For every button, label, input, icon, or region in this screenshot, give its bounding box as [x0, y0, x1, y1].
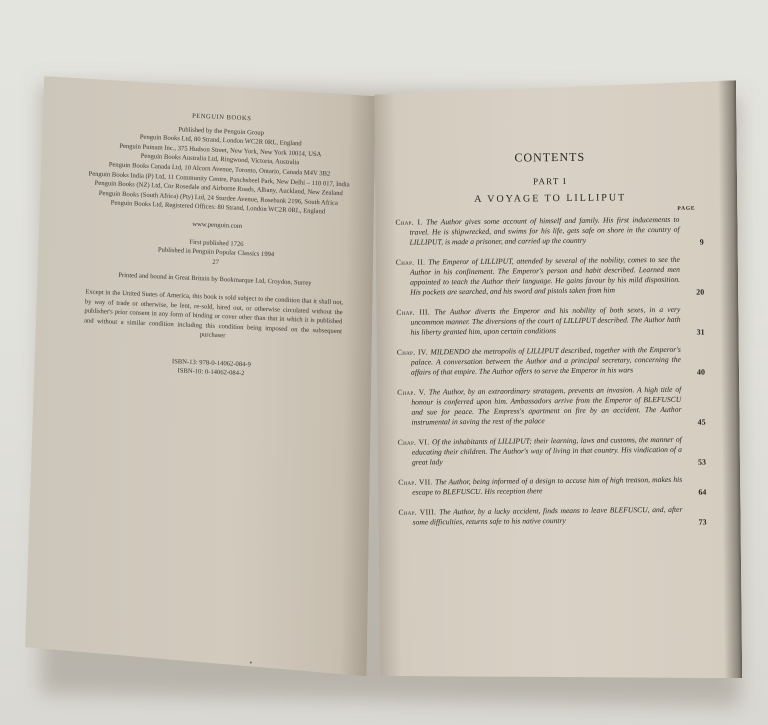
chapter-text: The Author diverts the Emperor and his n… — [410, 305, 680, 337]
copyright-block: PENGUIN BOOKS Published by the Penguin G… — [76, 107, 357, 382]
part-title: PART I — [395, 175, 705, 188]
chapter-label: Chap. VII. — [398, 477, 435, 486]
chapter-text: The Author, being informed of a design t… — [412, 475, 682, 497]
chapter-label: Chap. VIII. — [398, 507, 439, 516]
copyright-page: PENGUIN BOOKS Published by the Penguin G… — [25, 76, 376, 676]
chapter-text: The Emperor of LILLIPUT, attended by sev… — [410, 255, 680, 297]
website: www.penguin.com — [82, 215, 352, 236]
chapter-description: Chap. II. The Emperor of LILLIPUT, atten… — [396, 255, 680, 298]
chapter-page-number: 73 — [699, 518, 707, 527]
chapter-page-number: 40 — [697, 368, 705, 377]
chapter-page-number: 64 — [698, 488, 706, 497]
chapter-description: Chap. VII. The Author, being informed of… — [398, 475, 682, 498]
chapter-text: MILDENDO the metropolis of LILLIPUT desc… — [411, 345, 681, 377]
voyage-title: A VOYAGE TO LILLIPUT — [395, 192, 705, 206]
chapter-label: Chap. III. — [396, 307, 434, 316]
chapter-entry: Chap. V. The Author, by an extraordinary… — [397, 384, 717, 427]
contents: CONTENTS PART I A VOYAGE TO LILLIPUT PAG… — [394, 80, 714, 83]
chapter-text: The Author gives some account of himself… — [410, 215, 680, 247]
chapter-entry: Chap. IV. MILDENDO the metropolis of LIL… — [397, 344, 717, 377]
chapter-entry: Chap. VIII. The Author, by a lucky accid… — [398, 504, 718, 527]
printed-by: Printed and bound in Great Britain by Bo… — [80, 270, 350, 291]
chapter-description: Chap. I. The Author gives some account o… — [395, 215, 679, 248]
chapter-description: Chap. VI. Of the inhabitants of LILLIPUT… — [398, 435, 682, 468]
chapter-label: Chap. II. — [396, 257, 428, 266]
chapter-entry: Chap. I. The Author gives some account o… — [395, 214, 715, 247]
chapter-text: Of the inhabitants of LILLIPUT; their le… — [412, 435, 682, 467]
chapter-description: Chap. IV. MILDENDO the metropolis of LIL… — [397, 345, 681, 378]
chapter-page-number: 9 — [700, 238, 704, 247]
chapter-label: Chap. IV. — [397, 347, 431, 356]
chapter-label: Chap. I. — [395, 217, 426, 226]
chapter-page-number: 45 — [698, 418, 706, 427]
chapter-list: Chap. I. The Author gives some account o… — [395, 214, 718, 537]
chapter-entry: Chap. VII. The Author, being informed of… — [398, 474, 718, 497]
contents-title: CONTENTS — [395, 149, 705, 167]
page-speck — [250, 661, 252, 663]
contents-page: CONTENTS PART I A VOYAGE TO LILLIPUT PAG… — [374, 80, 742, 688]
chapter-description: Chap. V. The Author, by an extraordinary… — [397, 385, 681, 428]
chapter-description: Chap. VIII. The Author, by a lucky accid… — [398, 505, 682, 528]
chapter-label: Chap. VI. — [398, 437, 432, 446]
chapter-entry: Chap. II. The Emperor of LILLIPUT, atten… — [396, 254, 716, 297]
chapter-entry: Chap. VI. Of the inhabitants of LILLIPUT… — [398, 434, 718, 467]
chapter-description: Chap. III. The Author diverts the Empero… — [396, 305, 680, 338]
chapter-page-number: 20 — [696, 288, 704, 297]
chapter-text: The Author, by a lucky accident, finds m… — [413, 505, 683, 527]
chapter-entry: Chap. III. The Author diverts the Empero… — [396, 304, 716, 337]
page-column-label: PAGE — [677, 206, 695, 212]
chapter-page-number: 31 — [697, 328, 705, 337]
chapter-label: Chap. V. — [397, 387, 429, 396]
sale-conditions: Except in the United States of America, … — [77, 287, 349, 346]
chapter-text: The Author, by an extraordinary stratage… — [411, 385, 681, 427]
chapter-page-number: 53 — [698, 458, 706, 467]
